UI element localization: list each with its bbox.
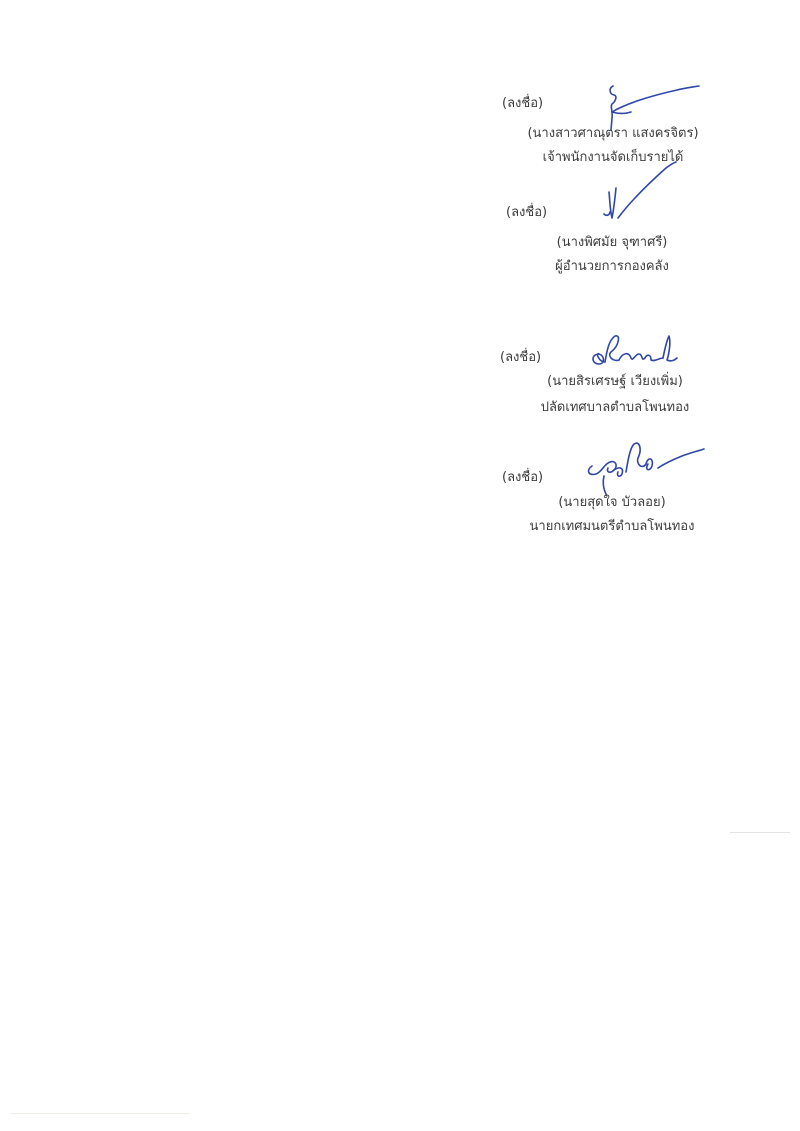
signatory-position: นายกเทศมนตรีตำบลโพนทอง [530, 519, 695, 535]
sign-label: (ลงชื่อ) [500, 350, 541, 366]
signatory-position: ผู้อำนวยการกองคลัง [555, 259, 669, 275]
scan-artifact [10, 1113, 190, 1114]
document-page: (ลงชื่อ) (นางสาวศาณุตรา แสงครจิตร) เจ้าพ… [0, 0, 800, 1131]
signature-mark [582, 436, 707, 496]
signature-mark [585, 332, 680, 377]
sign-label: (ลงชื่อ) [502, 470, 543, 486]
sign-label: (ลงชื่อ) [502, 96, 543, 112]
signatory-name: (นายสิรเศรษฐ์ เวียงเพิ่ม) [547, 374, 683, 390]
signatory-name: (นางสาวศาณุตรา แสงครจิตร) [527, 126, 698, 142]
scan-artifact [730, 832, 790, 833]
signatory-name: (นายสุดใจ บัวลอย) [558, 495, 665, 511]
signatory-name: (นางพิศมัย จุฑาศรี) [557, 235, 668, 251]
signatory-position: ปลัดเทศบาลตำบลโพนทอง [541, 400, 690, 416]
signature-mark [600, 160, 680, 230]
sign-label: (ลงชื่อ) [506, 205, 547, 221]
